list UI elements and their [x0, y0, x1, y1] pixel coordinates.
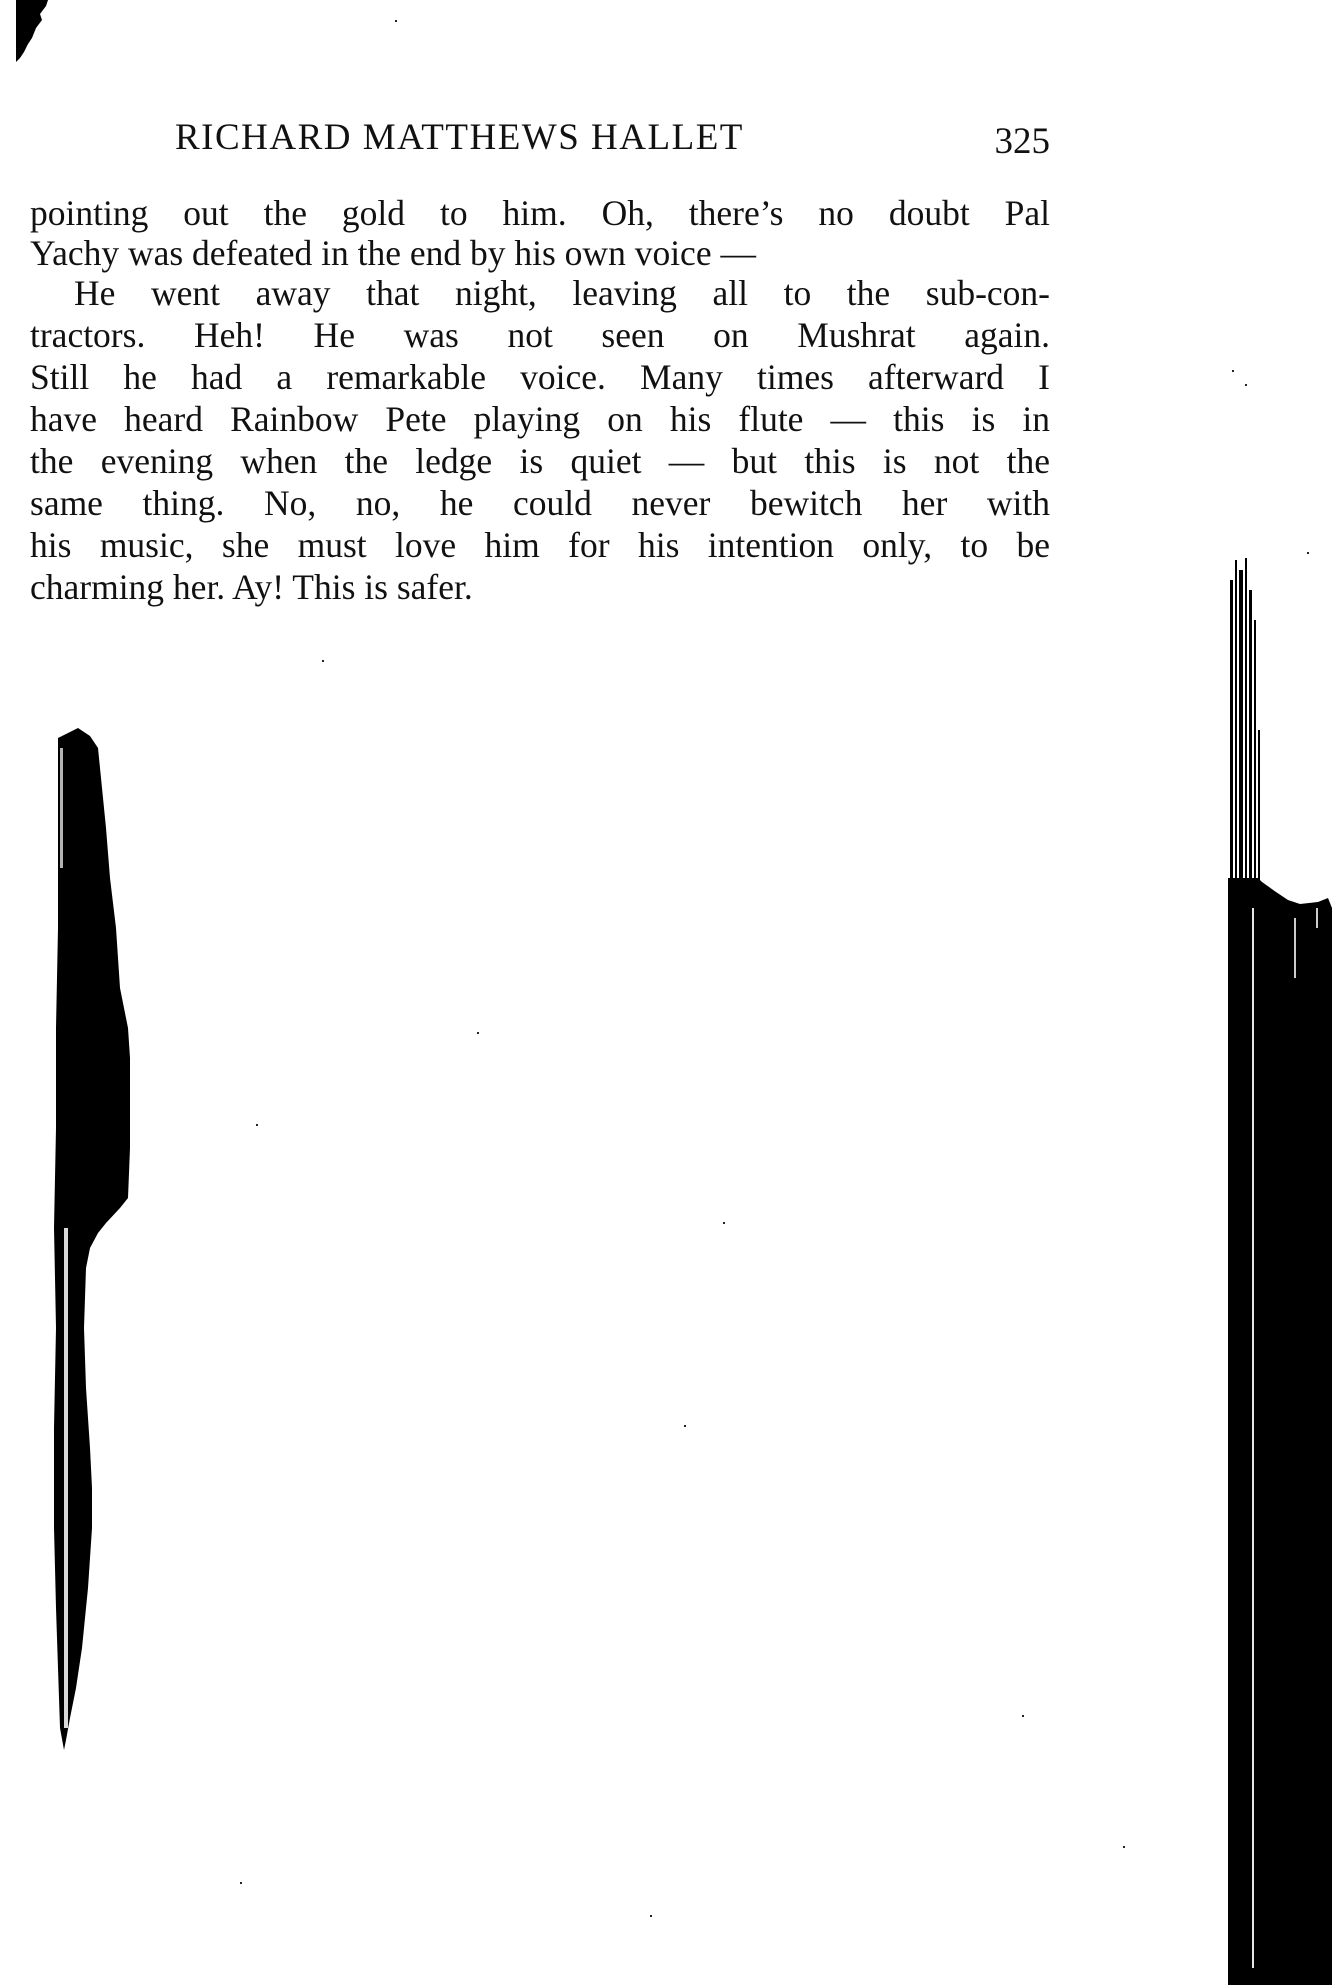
- text-line: tractors. Heh! He was not seen on Mushra…: [30, 314, 1050, 356]
- scan-speck: [1232, 370, 1234, 372]
- text-line: same thing. No, no, he could never bewit…: [30, 482, 1050, 524]
- text-line: the evening when the ledge is quiet — bu…: [30, 440, 1050, 482]
- text-line: pointing out the gold to him. Oh, there’…: [30, 192, 1050, 234]
- scan-speck: [240, 1882, 242, 1884]
- scan-speck: [256, 1124, 258, 1126]
- scan-speck: [1022, 1715, 1024, 1717]
- scan-edge-shadow-right: [1228, 878, 1334, 1985]
- text-line: He went away that night, leaving all to …: [30, 272, 1050, 314]
- scan-speck: [684, 1425, 686, 1427]
- scan-edge-mark-top-left: [14, 0, 48, 62]
- scan-speck: [477, 1032, 479, 1034]
- text-line: Still he had a remarkable voice. Many ti…: [30, 356, 1050, 398]
- scan-speck: [723, 1222, 725, 1224]
- scan-speck: [1123, 1846, 1125, 1848]
- text-line: charming her. Ay! This is safer.: [30, 566, 1050, 608]
- running-head: RICHARD MATTHEWS HALLET 325: [175, 116, 1050, 166]
- text-line: have heard Rainbow Pete playing on his f…: [30, 398, 1050, 440]
- scanned-book-page: RICHARD MATTHEWS HALLET 325 pointing out…: [0, 0, 1339, 1985]
- scan-speck: [650, 1915, 652, 1917]
- scan-speck: [1307, 552, 1309, 554]
- scan-edge-shadow-left: [50, 728, 134, 1750]
- page-number: 325: [995, 120, 1051, 163]
- scan-speck: [1245, 384, 1247, 386]
- running-head-title: RICHARD MATTHEWS HALLET: [175, 116, 744, 159]
- scan-edge-strip-right: [1228, 550, 1264, 890]
- scan-speck: [322, 660, 324, 662]
- scan-speck: [395, 20, 397, 22]
- text-line: Yachy was defeated in the end by his own…: [30, 232, 1050, 274]
- text-line: his music, she must love him for his int…: [30, 524, 1050, 566]
